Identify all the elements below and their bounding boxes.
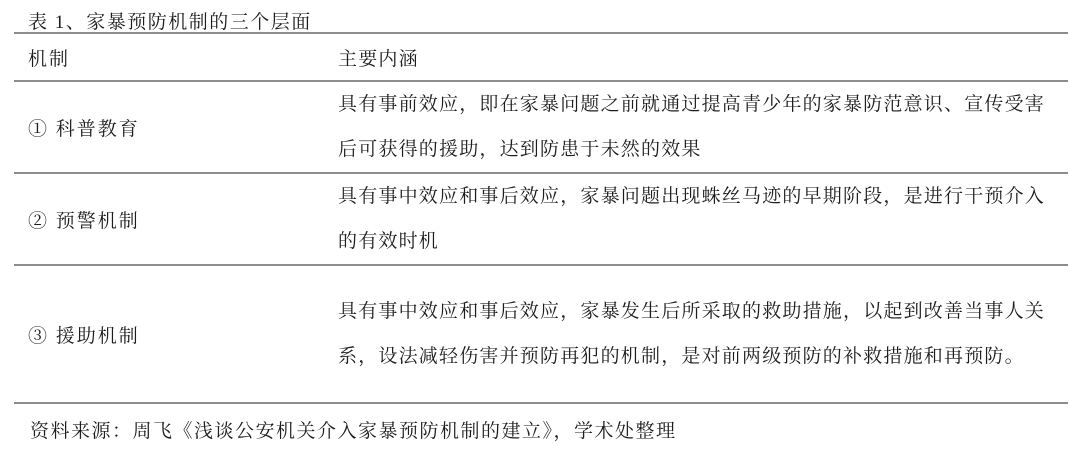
description-cell-2: 具有事中效应和事后效应，家暴问题出现蛛丝马迹的早期阶段，是进行干预介入的有效时机 bbox=[338, 174, 1068, 264]
description-cell-1: 具有事前效应，即在家暴问题之前就通过提高青少年的家暴防范意识、宣传受害后可获得的… bbox=[338, 82, 1068, 172]
source-note: 资料来源：周飞《浅谈公安机关介入家暴预防机制的建立》，学术处整理 bbox=[0, 404, 1080, 443]
mechanism-cell-3: ③ 援助机制 bbox=[14, 266, 338, 402]
table-title: 表 1、家暴预防机制的三个层面 bbox=[0, 0, 1080, 32]
description-cell-3: 具有事中效应和事后效应，家暴发生后所采取的救助措施，以起到改善当事人关系，设法减… bbox=[338, 266, 1068, 402]
column-header-mechanism: 机制 bbox=[14, 34, 338, 80]
document-page: 表 1、家暴预防机制的三个层面 机制 主要内涵 ① 科普教育 具有事前效应，即在… bbox=[0, 0, 1080, 449]
table-row: ② 预警机制 具有事中效应和事后效应，家暴问题出现蛛丝马迹的早期阶段，是进行干预… bbox=[14, 174, 1068, 266]
mechanism-cell-2: ② 预警机制 bbox=[14, 174, 338, 264]
column-header-main-content: 主要内涵 bbox=[338, 34, 1068, 80]
table-header-row: 机制 主要内涵 bbox=[14, 34, 1068, 82]
table-row: ① 科普教育 具有事前效应，即在家暴问题之前就通过提高青少年的家暴防范意识、宣传… bbox=[14, 82, 1068, 174]
table-row: ③ 援助机制 具有事中效应和事后效应，家暴发生后所采取的救助措施，以起到改善当事… bbox=[14, 266, 1068, 404]
mechanism-cell-1: ① 科普教育 bbox=[14, 82, 338, 172]
prevention-mechanism-table: 机制 主要内涵 ① 科普教育 具有事前效应，即在家暴问题之前就通过提高青少年的家… bbox=[14, 32, 1068, 404]
